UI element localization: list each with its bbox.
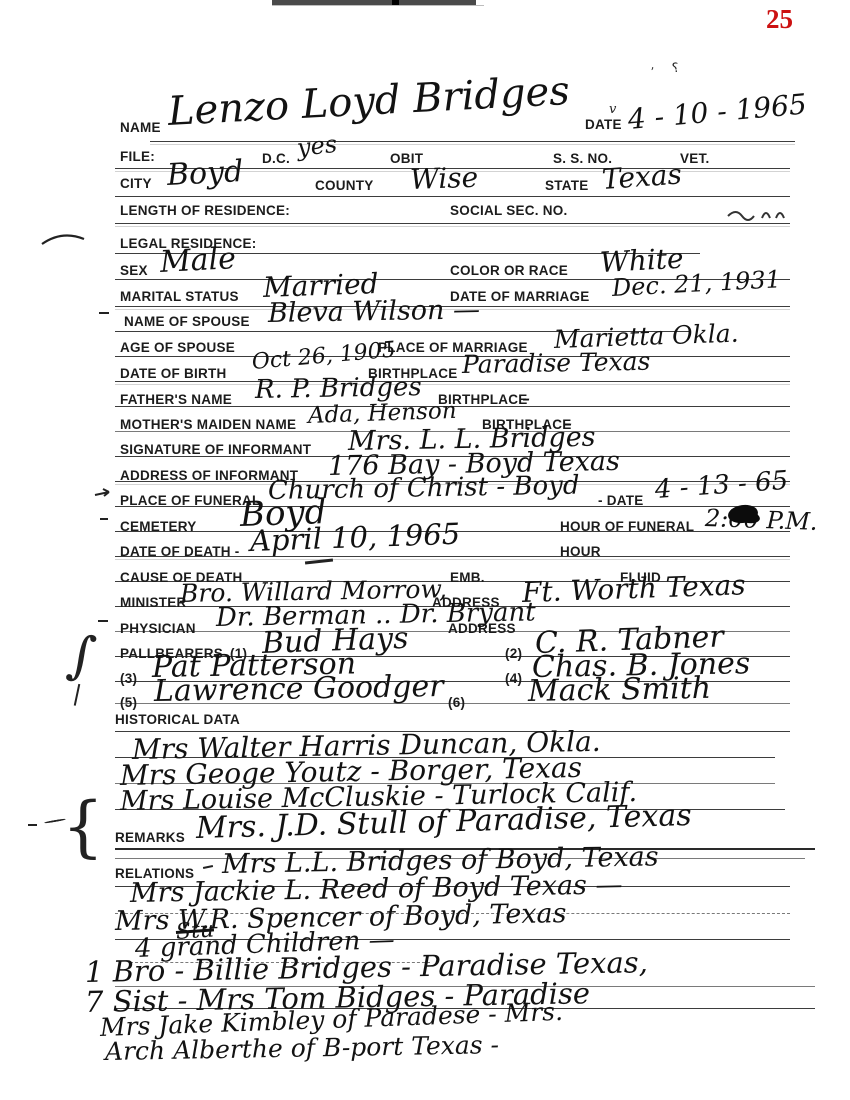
name-of-spouse-value: Bleva Wilson — <box>268 296 480 327</box>
margin-brace <box>74 684 82 706</box>
father-birthplace-value: - <box>522 386 530 410</box>
sex-value: Male <box>159 244 236 278</box>
minister-address-value: Ft. Worth Texas <box>522 571 747 607</box>
marital-status-label: MARITAL STATUS <box>120 290 239 304</box>
date-of-birth-label: DATE OF BIRTH <box>120 367 227 381</box>
fathers-name-label: FATHER'S NAME <box>120 393 232 407</box>
stray-squiggle <box>726 206 790 222</box>
date-label: DATE <box>585 118 622 132</box>
mothers-maiden-name-label: MOTHER'S MAIDEN NAME <box>120 418 296 432</box>
birthplace-value: Paradise Texas <box>462 349 651 377</box>
stray-dash <box>203 865 213 869</box>
checkmark-icon: v <box>609 102 616 117</box>
city-label: CITY <box>120 177 152 191</box>
color-or-race-label: COLOR OR RACE <box>450 264 568 278</box>
vet-label: VET. <box>680 152 710 166</box>
margin-brace: ∫ <box>64 624 99 687</box>
age-of-spouse-label: AGE OF SPOUSE <box>120 341 235 355</box>
fathers-name-value: R. P. Bridges <box>255 374 422 403</box>
county-value: Wise <box>410 164 479 194</box>
file-label: FILE: <box>120 150 155 164</box>
pallbearer-5-label: (5) <box>120 696 137 710</box>
relations-line: Arch Alberthe of B-port Texas - <box>105 1032 499 1064</box>
scanned-record-page: 25 ’ ؟ v NAME Lenzo Loyd Bridges DATE 4 … <box>0 0 850 1100</box>
hour-label: HOUR <box>560 545 601 559</box>
stray-mark: ’ <box>648 64 655 79</box>
sex-label: SEX <box>120 264 148 278</box>
form-rule <box>115 223 790 224</box>
margin-brace: { <box>62 788 104 865</box>
county-label: COUNTY <box>315 179 374 193</box>
form-rule <box>115 381 790 382</box>
name-label: NAME <box>120 121 161 135</box>
date-value: 4 - 10 - 1965 <box>627 90 808 134</box>
pallbearer-6-value: Mack Smith <box>528 674 712 707</box>
cemetery-label: CEMETERY <box>120 520 197 534</box>
margin-dash <box>98 620 108 622</box>
margin-dash <box>99 312 109 314</box>
state-value: Texas <box>601 160 683 194</box>
pallbearer-4-label: (4) <box>505 672 522 686</box>
stray-mark: ؟ <box>671 60 680 77</box>
margin-arrow-icon <box>93 487 113 499</box>
dc-label: D.C. <box>262 152 290 166</box>
social-sec-no-label: SOCIAL SEC. NO. <box>450 204 568 218</box>
city-value: Boyd <box>166 157 244 191</box>
pallbearer-5-value: Lawrence Goodger <box>154 672 444 707</box>
date-of-death-value: April 10, 1965 <box>249 520 460 556</box>
margin-arc-mark <box>40 230 86 248</box>
pallbearer-2-label: (2) <box>505 647 522 661</box>
physician-label: PHYSICIAN <box>120 622 196 636</box>
name-value: Lenzo Loyd Bridges <box>167 71 571 132</box>
name-of-spouse-label: NAME OF SPOUSE <box>124 315 250 329</box>
hour-of-funeral-value: 2:00 P.M. <box>705 506 818 534</box>
page-number: 25 <box>766 6 793 33</box>
form-rule <box>115 356 790 357</box>
scan-artifact-bar <box>272 0 476 5</box>
dc-value: yes <box>296 132 338 160</box>
historical-data-label: HISTORICAL DATA <box>115 713 240 727</box>
signature-of-informant-label: SIGNATURE OF INFORMANT <box>120 443 311 457</box>
form-rule <box>150 141 795 142</box>
stray-dash <box>305 559 333 565</box>
margin-dash <box>100 518 108 520</box>
date-of-marriage-value: Dec. 21, 1931 <box>611 267 781 300</box>
pallbearer-6-label: (6) <box>448 696 465 710</box>
length-of-residence-label: LENGTH OF RESIDENCE: <box>120 204 290 218</box>
pallbearer-3-label: (3) <box>120 672 137 686</box>
remarks-label: REMARKS <box>115 831 185 845</box>
funeral-date-label: - DATE <box>598 494 644 508</box>
emb-label: EMB. <box>450 571 485 585</box>
funeral-date-value: 4 - 13 - 65 <box>654 468 789 503</box>
form-rule <box>115 196 790 197</box>
date-of-death-label: DATE OF DEATH - <box>120 545 240 559</box>
state-label: STATE <box>545 179 589 193</box>
hour-of-funeral-label: HOUR OF FUNERAL <box>560 520 694 534</box>
minister-label: MINISTER <box>120 596 187 610</box>
margin-dash <box>28 824 37 826</box>
